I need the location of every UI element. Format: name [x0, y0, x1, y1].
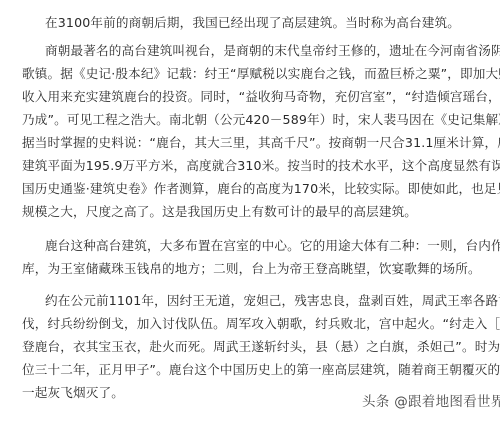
paragraph-line: 商朝最著名的高台建筑叫视台，是商朝的末代皇帝纣王修的，遗址在今河南省汤阴县朝	[45, 43, 480, 59]
paragraph-line: 约在公元前1101年，因纣王无道，宠妲己，残害忠良，盘剥百姓，周武王率各路诸侯讨	[45, 293, 480, 309]
paragraph-line: 伐，纣兵纷纷倒戈，加入讨伐队伍。周军攻入朝歌，纣兵败北，宫中起火。“纣走入［宫］…	[22, 316, 480, 332]
paragraph-line: 库，为王室储藏珠玉钱帛的地方；二则，台上为帝王登高眺望，饮宴歌舞的场所。	[22, 261, 480, 277]
paragraph-line: 鹿台这种高台建筑，大多布置在宫室的中心。它的用途大体有二种：一则，台内作仓	[45, 238, 480, 254]
watermark: 头条 @跟着地图看世界	[362, 390, 500, 410]
paragraph-line: 据当时掌握的史料说：“鹿台，其大三里，其高千尺”。按商朝一尺合31.1厘米计算，…	[22, 135, 480, 151]
paragraph-line: 乃成”。可见工程之浩大。南北朝（公元420－589年）时，宋人裴马因在《史记集解…	[22, 112, 480, 128]
paragraph-line: 登鹿台，衣其宝玉衣，赴火而死。周武王遂斩纣头，县（悬）之白旗，杀妲己”。时为“纣…	[22, 339, 480, 355]
paragraph-line: 歌镇。据《史记·殷本纪》记载：纣王“厚赋税以实鹿台之钱，而盈巨桥之粟”，即加大赋…	[22, 66, 480, 82]
paragraph-line: 在3100年前的商朝后期，我国已经出现了高层建筑。当时称为高台建筑。	[45, 15, 480, 31]
paragraph-line: 收入用来充实建筑鹿台的投资。同时，“益收狗马奇物，充仞宫室”，“纣造倾宫瑶台，七…	[22, 89, 480, 105]
article-body: 在3100年前的商朝后期，我国已经出现了高层建筑。当时称为高台建筑。 商朝最著名…	[0, 0, 500, 422]
paragraph-line: 建筑平面为195.9万平方米，高度就合310米。按当时的技术水平，这个高度显然有…	[22, 158, 480, 174]
paragraph-line: 位三十二年，正月甲子”。鹿台这个中国历史上的第一座高层建筑，随着商王朝覆灭的战火…	[22, 362, 480, 378]
paragraph-line: 国历史通鉴·建筑史卷》作者测算，鹿台的高度为170米，比较实际。即使如此，也足见…	[22, 181, 480, 197]
paragraph-line: 规模之大，尺度之高了。这是我国历史上有数可计的最早的高层建筑。	[22, 204, 480, 220]
